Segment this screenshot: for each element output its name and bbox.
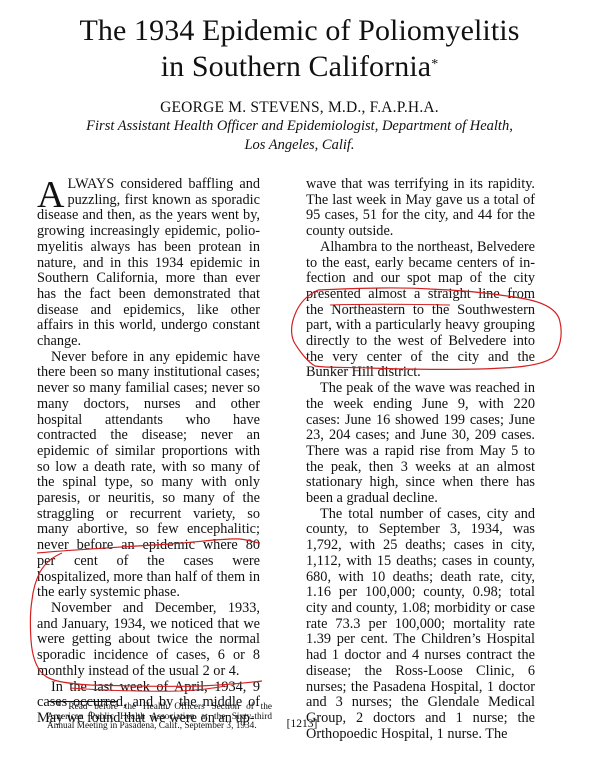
footnote-text: * Read before the Health Officers Sectio…: [47, 703, 272, 732]
title-footnote-mark: *: [431, 57, 438, 72]
paragraph-alhambra: Alhambra to the northeast, Belvedere to …: [306, 240, 535, 381]
paragraph-totals: The total number of cases, city and coun…: [306, 507, 535, 743]
left-column: ALWAYS considered baffling and puzzling,…: [37, 177, 260, 727]
author-affiliation-line-1: First Assistant Health Officer and Epide…: [0, 118, 599, 135]
author-name: GEORGE M. STEVENS, M.D., F.A.P.H.A.: [0, 99, 599, 117]
page-number: [1213]: [282, 718, 322, 730]
title-line-2-text: in Southern California: [161, 50, 432, 83]
author-affiliation-line-2: Los Angeles, Calif.: [0, 137, 599, 154]
paragraph-intro-text: LWAYS considered baffling and puzzling, …: [37, 176, 260, 349]
paragraph-november: November and December, 1933, and January…: [37, 601, 260, 680]
drop-cap: A: [37, 180, 64, 210]
paragraph-never-before: Never before in any epidemic have there …: [37, 350, 260, 601]
paragraph-peak: The peak of the wave was reached in the …: [306, 381, 535, 507]
footnote: * Read before the Health Officers Sectio…: [47, 703, 272, 732]
title-line-1: The 1934 Epidemic of Poliomyelitis: [0, 14, 599, 48]
right-column: wave that was terrifying in its rapidity…: [306, 177, 535, 742]
paragraph-wave: wave that was terrifying in its rapidity…: [306, 177, 535, 240]
title-line-2: in Southern California*: [0, 50, 599, 84]
paragraph-intro: ALWAYS considered baffling and puzzling,…: [37, 177, 260, 350]
